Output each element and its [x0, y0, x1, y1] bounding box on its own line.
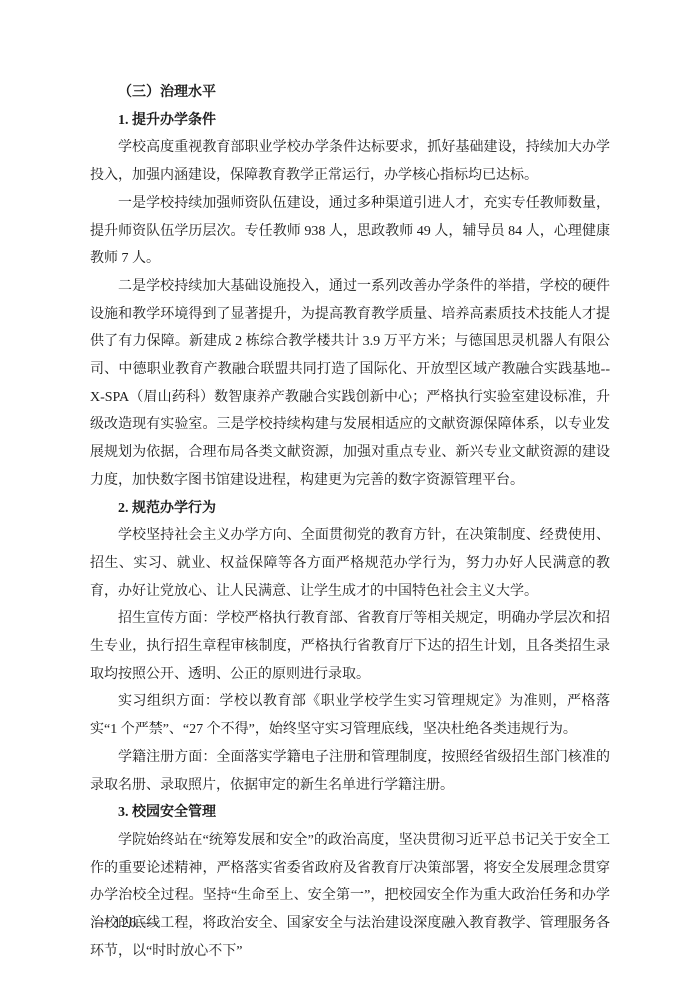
paragraph: 一是学校持续加强师资队伍建设，通过多种渠道引进人才，充实专任教师数量，提升师资队…	[90, 190, 610, 273]
subsection-title-standardize-school-behavior: 2. 规范办学行为	[90, 495, 610, 523]
document-page: （三）治理水平 1. 提升办学条件 学校高度重视教育部职业学校办学条件达标要求，…	[0, 0, 700, 989]
section-heading-governance-level: （三）治理水平	[90, 79, 610, 107]
paragraph: 学校坚持社会主义办学方向、全面贯彻党的教育方针，在决策制度、经费使用、招生、实习…	[90, 522, 610, 605]
page-number: — 126 —	[95, 911, 156, 935]
subsection-title-improve-school-conditions: 1. 提升办学条件	[90, 107, 610, 135]
document-body: （三）治理水平 1. 提升办学条件 学校高度重视教育部职业学校办学条件达标要求，…	[90, 79, 610, 966]
subsection-title-campus-safety-management: 3. 校园安全管理	[90, 799, 610, 827]
paragraph: 学校高度重视教育部职业学校办学条件达标要求，抓好基础建设，持续加大办学投入，加强…	[90, 134, 610, 189]
paragraph: 二是学校持续加大基础设施投入，通过一系列改善办学条件的举措，学校的硬件设施和教学…	[90, 273, 610, 495]
paragraph: 学院始终站在“统筹发展和安全”的政治高度，坚决贯彻习近平总书记关于安全工作的重要…	[90, 827, 610, 966]
paragraph: 招生宣传方面：学校严格执行教育部、省教育厅等相关规定，明确办学层次和招生专业，执…	[90, 605, 610, 688]
paragraph: 实习组织方面：学校以教育部《职业学校学生实习管理规定》为准则，严格落实“1 个严…	[90, 688, 610, 743]
paragraph: 学籍注册方面：全面落实学籍电子注册和管理制度，按照经省级招生部门核准的录取名册、…	[90, 744, 610, 799]
